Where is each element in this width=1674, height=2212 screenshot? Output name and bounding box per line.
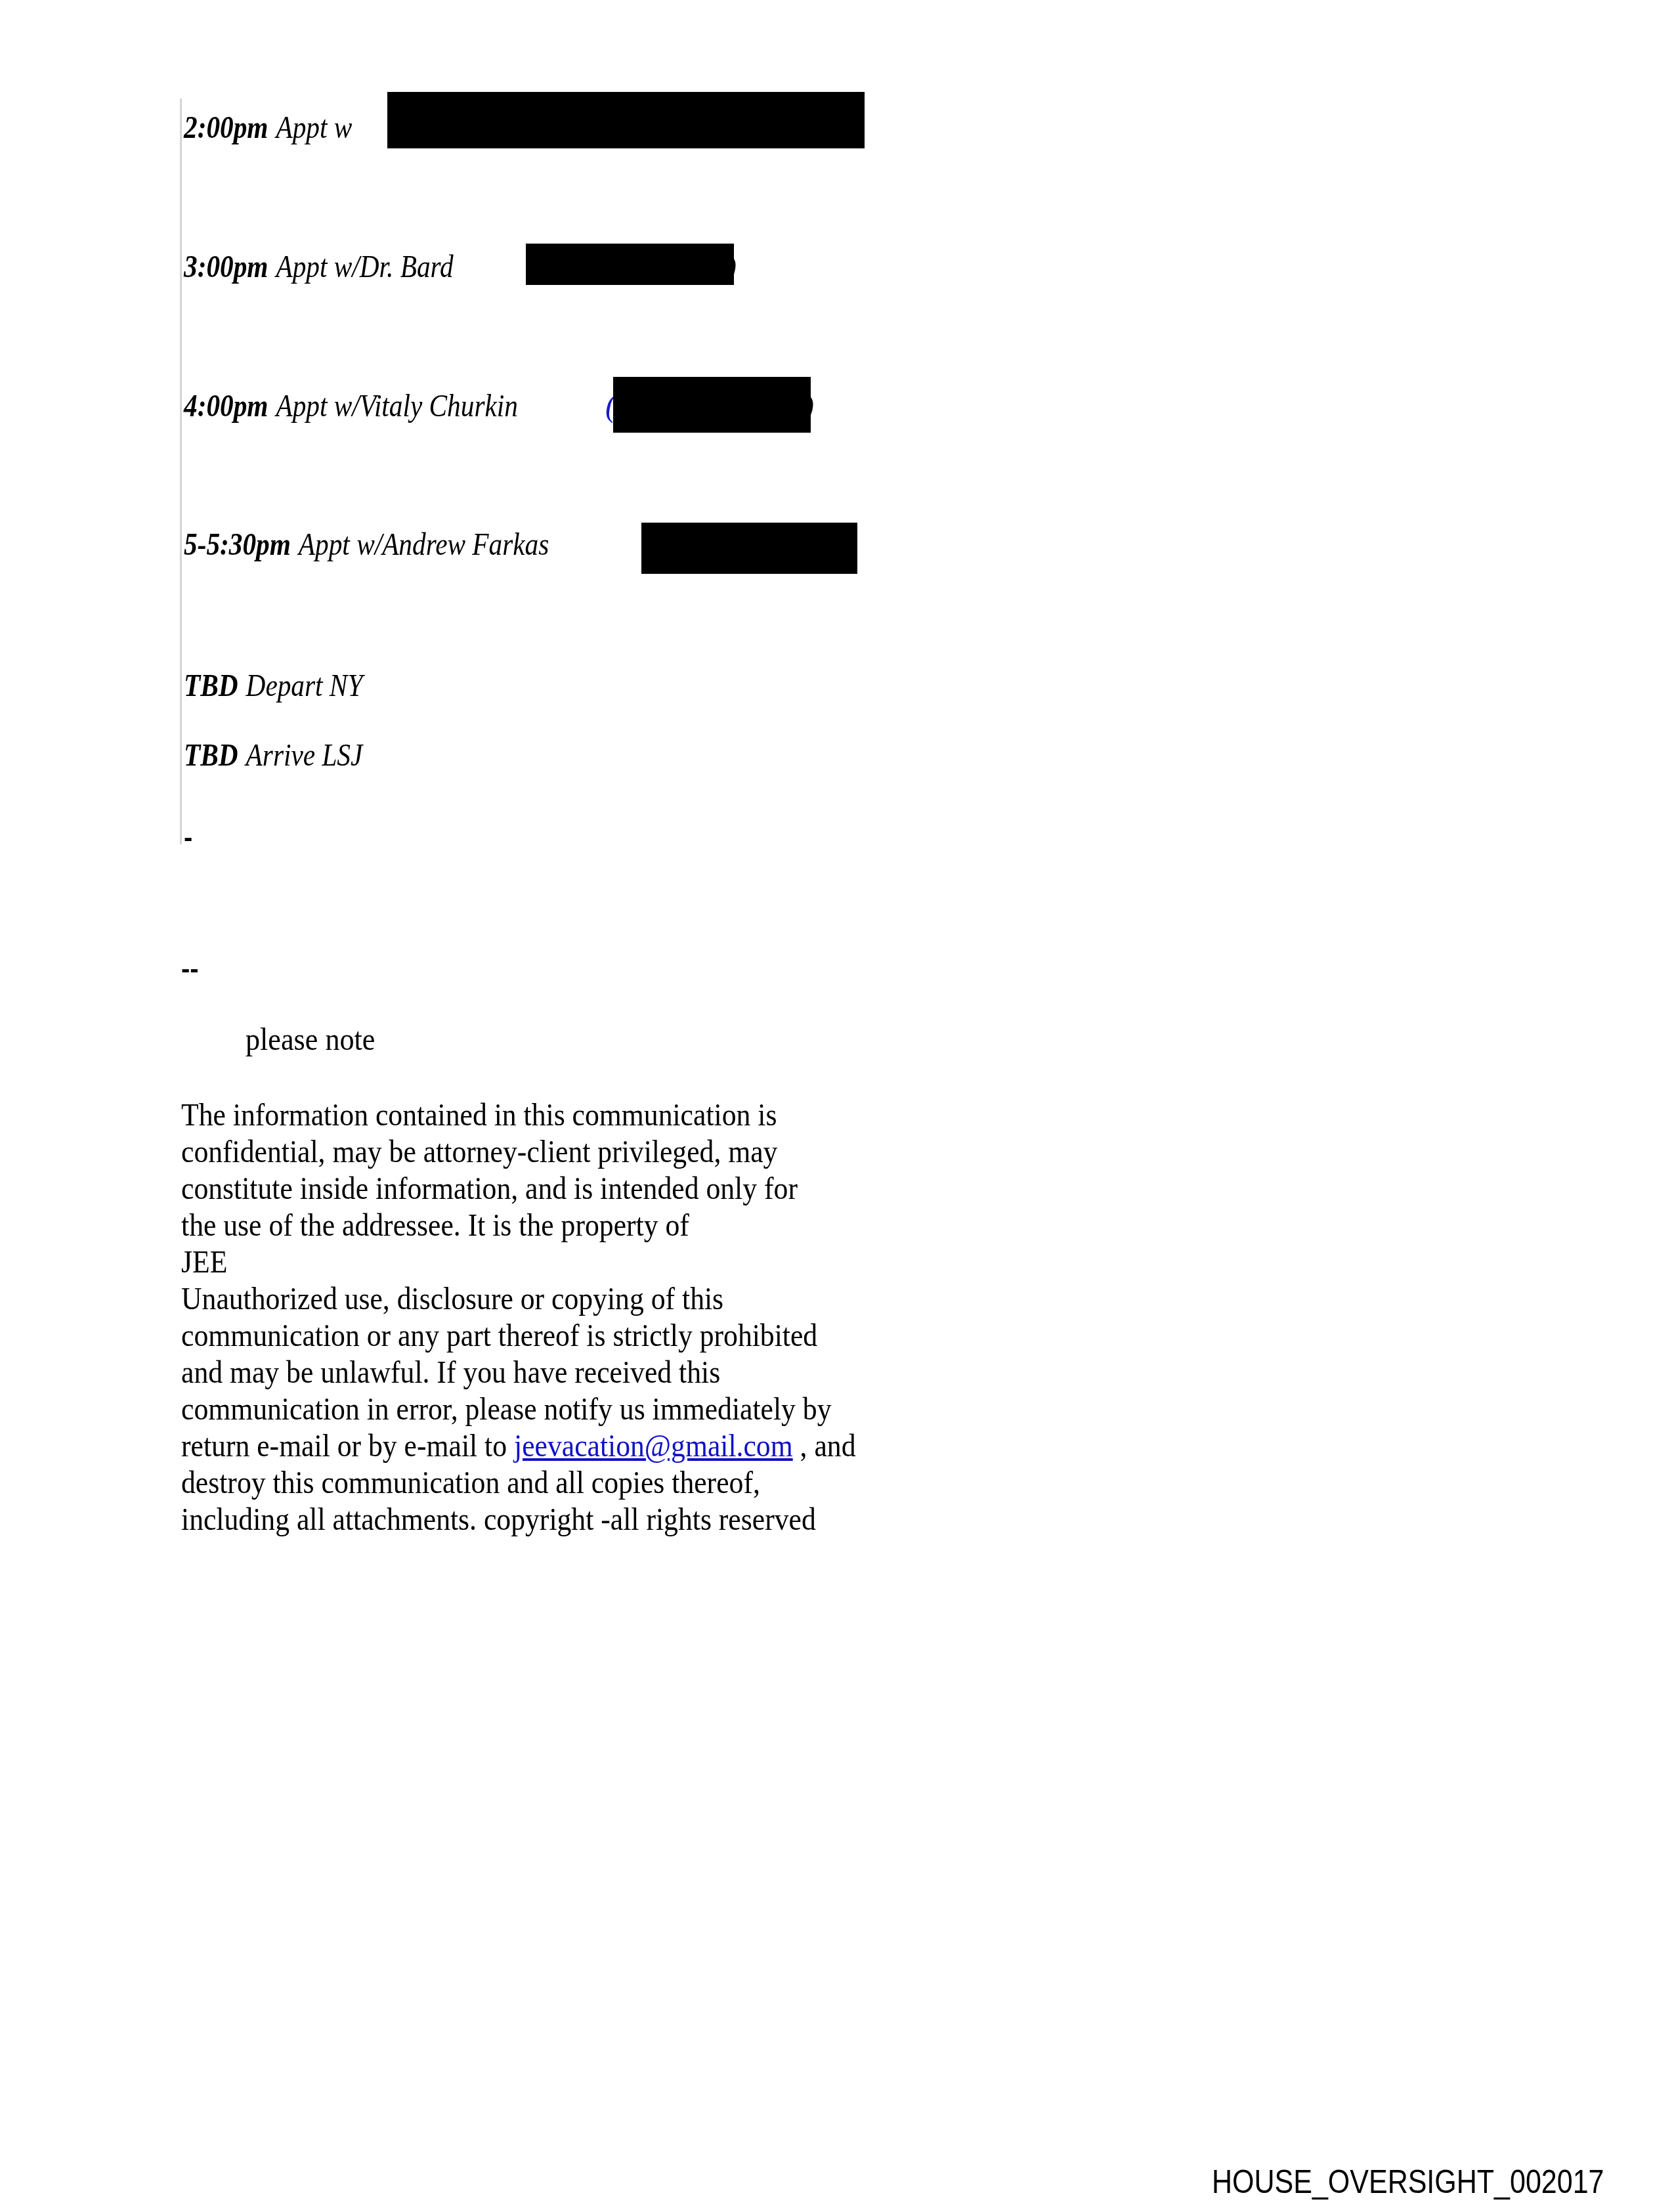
redaction-box <box>641 523 857 574</box>
disclaimer-line: communication or any part thereof is str… <box>181 1318 1018 1355</box>
travel-text: Depart NY <box>246 668 363 703</box>
email-link[interactable]: jeevacation@gmail.com <box>514 1429 793 1464</box>
schedule-time: 5-5:30pm <box>184 527 291 562</box>
schedule-text: Appt w/Vitaly Churkin <box>276 389 517 423</box>
schedule-text: Appt w/Andrew Farkas <box>299 527 549 562</box>
redaction-box <box>613 377 811 433</box>
schedule-time: 2:00pm <box>184 110 268 145</box>
schedule-text: Appt w/Dr. Bard <box>276 249 453 284</box>
signature-separator: -- <box>181 956 199 982</box>
disclaimer-line-email: return e-mail or by e-mail to jeevacatio… <box>181 1428 1018 1465</box>
travel-time: TBD <box>184 668 238 703</box>
schedule-entry-5pm: 5-5:30pmAppt w/Andrew Farkas <box>184 529 549 561</box>
disclaimer-line: including all attachments. copyright -al… <box>181 1502 1018 1538</box>
redaction-box <box>526 244 734 285</box>
quote-bar <box>180 98 182 844</box>
schedule-time: 4:00pm <box>184 389 268 423</box>
bates-number: HOUSE_OVERSIGHT_002017 <box>1212 2165 1604 2198</box>
disclaimer-line: destroy this communication and all copie… <box>181 1465 1018 1502</box>
disclaimer-line: Unauthorized use, disclosure or copying … <box>181 1281 1018 1318</box>
travel-text: Arrive LSJ <box>246 738 363 773</box>
email-suffix: , and <box>793 1429 856 1464</box>
schedule-time: 3:00pm <box>184 249 268 284</box>
disclaimer-line: the use of the addressee. It is the prop… <box>181 1207 1018 1244</box>
schedule-text: Appt w <box>276 110 352 145</box>
travel-arrive: TBDArrive LSJ <box>184 740 362 771</box>
schedule-entry-2pm: 2:00pmAppt w <box>184 112 352 144</box>
disclaimer-line: JEE <box>181 1244 1018 1281</box>
please-note-heading: please note <box>246 1024 375 1056</box>
travel-time: TBD <box>184 738 238 773</box>
schedule-entry-3pm: 3:00pmAppt w/Dr. Bard <box>184 251 454 283</box>
disclaimer-line: The information contained in this commun… <box>181 1097 1018 1134</box>
confidentiality-disclaimer: The information contained in this commun… <box>181 1097 1018 1538</box>
travel-depart: TBDDepart NY <box>184 670 362 702</box>
disclaimer-line: confidential, may be attorney-client pri… <box>181 1134 1018 1171</box>
disclaimer-line: and may be unlawful. If you have receive… <box>181 1355 1018 1391</box>
redaction-box <box>387 92 865 148</box>
disclaimer-line: constitute inside information, and is in… <box>181 1171 1018 1207</box>
schedule-entry-4pm: 4:00pmAppt w/Vitaly Churkin <box>184 391 518 422</box>
disclaimer-line: communication in error, please notify us… <box>181 1391 1018 1428</box>
email-prefix: return e-mail or by e-mail to <box>181 1429 514 1464</box>
end-marker: - <box>184 825 192 851</box>
